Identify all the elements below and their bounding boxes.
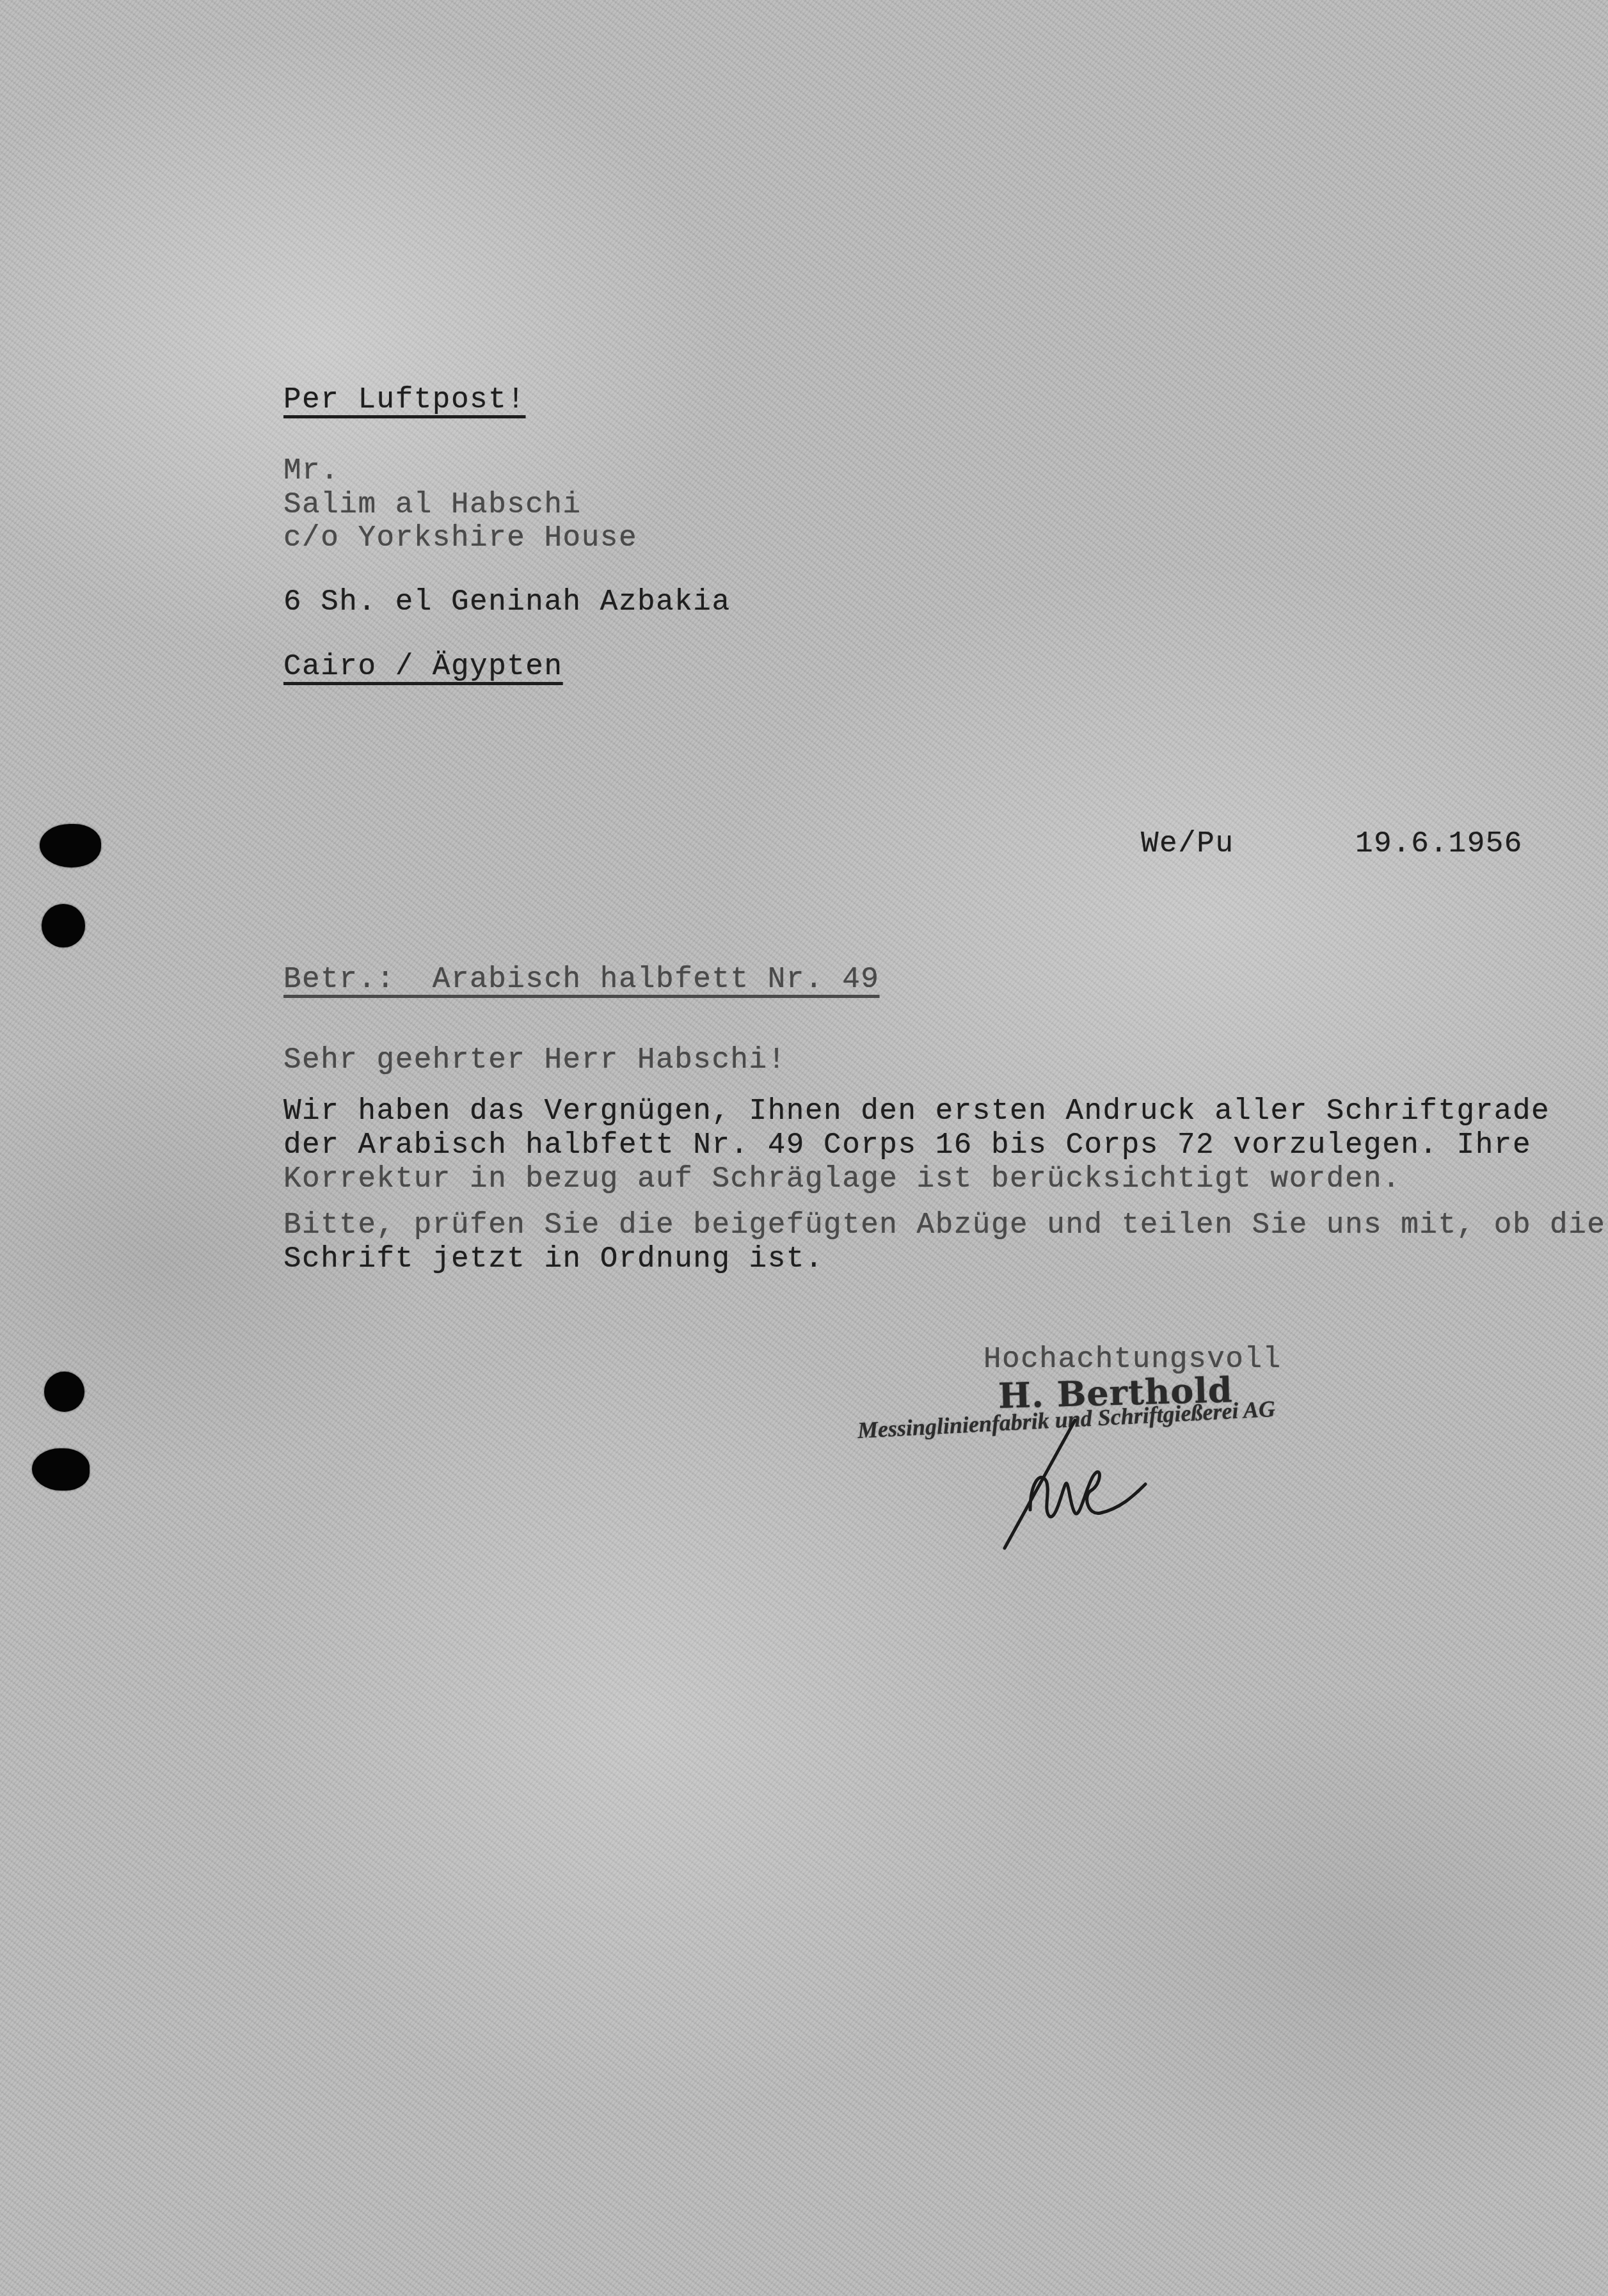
salutation: Sehr geehrter Herr Habschi! (283, 1045, 786, 1075)
recipient-care-of: c/o Yorkshire House (283, 523, 637, 553)
punch-hole (32, 1448, 90, 1491)
subject-line: Betr.: Arabisch halbfett Nr. 49 (283, 965, 879, 994)
handwritten-signature (934, 1395, 1165, 1561)
punch-hole (40, 824, 101, 867)
letter-date: 19.6.1956 (1355, 829, 1523, 859)
punch-hole (42, 904, 85, 947)
recipient-city-country: Cairo / Ägypten (283, 652, 563, 681)
punch-hole (44, 1372, 84, 1412)
airmail-notice: Per Luftpost! (283, 385, 525, 415)
reference-initials: We/Pu (1141, 829, 1234, 859)
body-paragraph-2-line: Schrift jetzt in Ordnung ist. (283, 1244, 824, 1274)
body-paragraph-1-line: Wir haben das Vergnügen, Ihnen den erste… (283, 1097, 1550, 1126)
recipient-title: Mr. (283, 456, 339, 486)
body-paragraph-1-line: der Arabisch halbfett Nr. 49 Corps 16 bi… (283, 1130, 1531, 1160)
closing-phrase: Hochachtungsvoll (983, 1345, 1282, 1374)
body-paragraph-2-line: Bitte, prüfen Sie die beigefügten Abzüge… (283, 1210, 1605, 1240)
recipient-name: Salim al Habschi (283, 490, 582, 519)
letter-page: Per Luftpost! Mr. Salim al Habschi c/o Y… (0, 0, 1608, 2296)
recipient-street: 6 Sh. el Geninah Azbakia (283, 587, 731, 617)
body-paragraph-1-line: Korrektur in bezug auf Schräglage ist be… (283, 1164, 1401, 1194)
